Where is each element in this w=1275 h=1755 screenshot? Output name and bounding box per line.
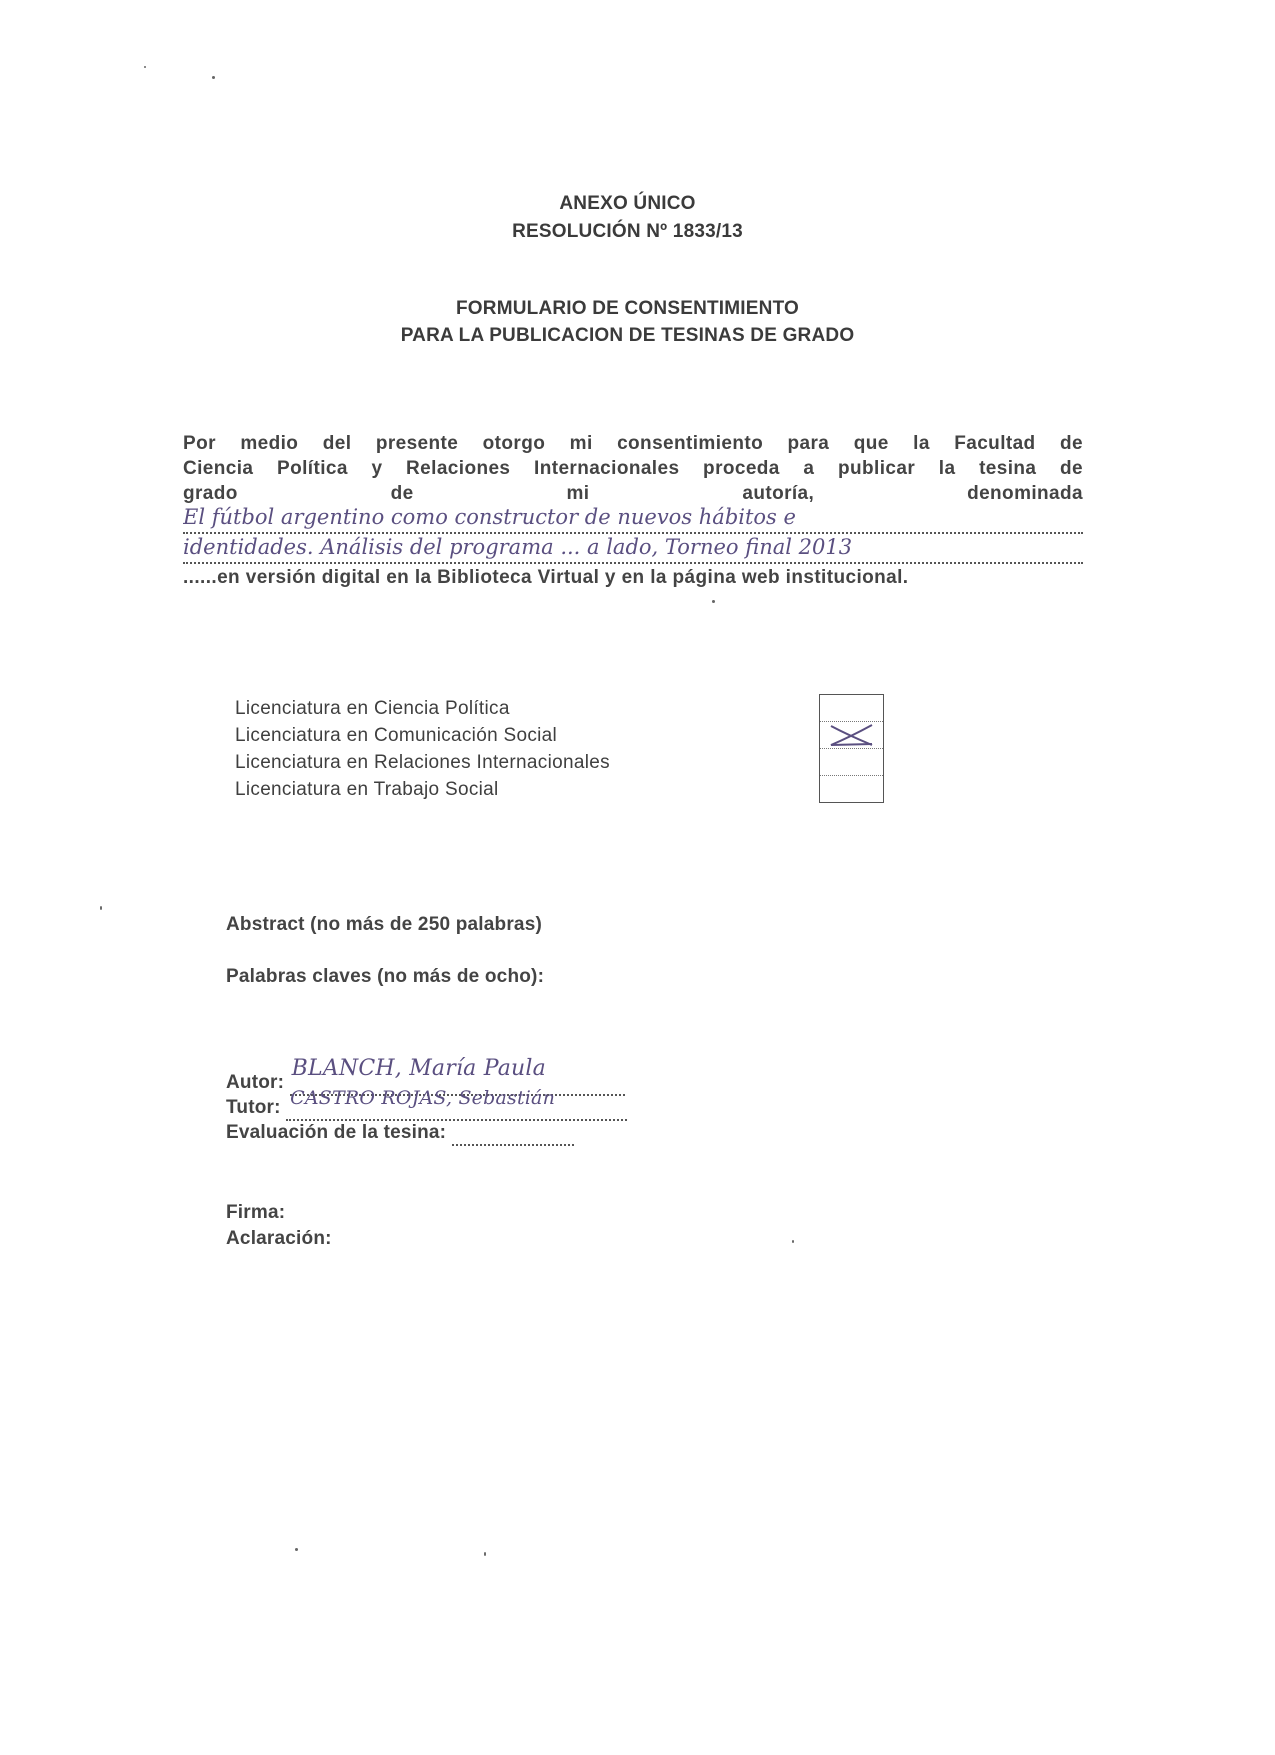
annex-heading: ANEXO ÚNICO bbox=[0, 193, 1255, 215]
form-title-line-1: FORMULARIO DE CONSENTIMIENTO bbox=[0, 298, 1255, 320]
abstract-label: Abstract (no más de 250 palabras) bbox=[226, 914, 542, 936]
evaluation-label: Evaluación de la tesina: bbox=[226, 1122, 446, 1143]
signature-label: Firma: bbox=[226, 1202, 285, 1224]
checkbox-comunicacion-social[interactable] bbox=[820, 722, 883, 749]
tutor-value: CASTRO ROJAS, Sebastián bbox=[290, 1087, 555, 1109]
consent-closing: ......en versión digital en la Bibliotec… bbox=[183, 566, 1083, 589]
resolution-heading: RESOLUCIÓN Nº 1833/13 bbox=[0, 221, 1255, 243]
scan-speck bbox=[484, 1552, 486, 1556]
consent-line-3: grado de mi autoría, denominada bbox=[183, 482, 1083, 505]
author-value: BLANCH, María Paula bbox=[292, 1056, 546, 1081]
word-denominada: denominada bbox=[967, 482, 1083, 505]
degree-relaciones-internacionales: Licenciatura en Relaciones Internacional… bbox=[235, 752, 610, 774]
tutor-label: Tutor: bbox=[226, 1097, 281, 1118]
scan-speck bbox=[712, 600, 715, 603]
scan-speck bbox=[792, 1240, 794, 1243]
checkbox-trabajo-social[interactable] bbox=[820, 776, 883, 802]
evaluation-field[interactable] bbox=[452, 1122, 574, 1146]
thesis-title-field-line-2[interactable]: identidades. Análisis del programa ... a… bbox=[183, 533, 1083, 564]
degree-checkbox-column bbox=[819, 694, 884, 803]
keywords-label: Palabras claves (no más de ocho): bbox=[226, 966, 544, 988]
word-grado: grado bbox=[183, 482, 238, 505]
tutor-row: Tutor: CASTRO ROJAS, Sebastián bbox=[226, 1097, 627, 1121]
evaluation-row: Evaluación de la tesina: bbox=[226, 1122, 574, 1146]
x-mark-icon bbox=[828, 723, 874, 747]
scan-speck bbox=[144, 66, 146, 68]
form-title-line-2: PARA LA PUBLICACION DE TESINAS DE GRADO bbox=[0, 325, 1255, 347]
degree-trabajo-social: Licenciatura en Trabajo Social bbox=[235, 779, 499, 801]
degree-comunicacion-social: Licenciatura en Comunicación Social bbox=[235, 725, 557, 747]
word-autoria: autoría, bbox=[742, 482, 814, 505]
scan-speck bbox=[212, 76, 215, 79]
scan-speck bbox=[295, 1548, 298, 1551]
checkbox-relaciones-internacionales[interactable] bbox=[820, 749, 883, 776]
consent-line-2: Ciencia Política y Relaciones Internacio… bbox=[183, 457, 1083, 480]
word-de: de bbox=[391, 482, 414, 505]
thesis-title-field-line-1[interactable]: El fútbol argentino como constructor de … bbox=[183, 503, 1083, 534]
checkbox-ciencia-politica[interactable] bbox=[820, 695, 883, 722]
word-mi: mi bbox=[567, 482, 590, 505]
clarification-label: Aclaración: bbox=[226, 1228, 332, 1250]
consent-line-1: Por medio del presente otorgo mi consent… bbox=[183, 432, 1083, 455]
author-label: Autor: bbox=[226, 1072, 284, 1093]
scan-speck bbox=[100, 906, 102, 910]
tutor-field[interactable]: CASTRO ROJAS, Sebastián bbox=[286, 1097, 627, 1121]
degree-ciencia-politica: Licenciatura en Ciencia Política bbox=[235, 698, 510, 720]
